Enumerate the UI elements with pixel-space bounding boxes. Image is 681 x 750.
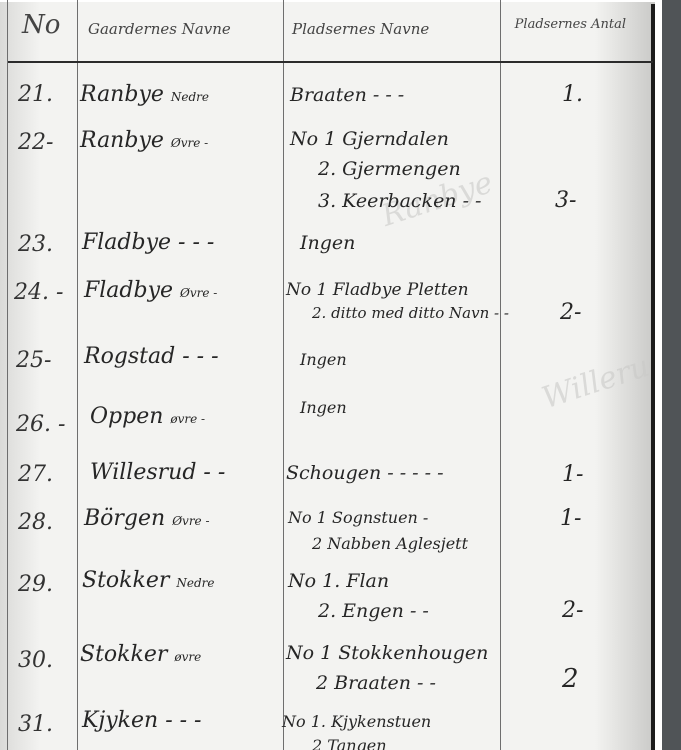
farm-name-text: Ranbye [80, 82, 164, 107]
row-number: 27. [18, 462, 53, 487]
page-edge-shadow [651, 4, 655, 750]
farm-name: Fladbye Øvre - [84, 278, 217, 303]
row-number: 29. [18, 572, 53, 597]
header-rule [8, 61, 653, 63]
row-number: 24. - [14, 280, 63, 305]
column-rule-left [7, 0, 8, 750]
farm-name: Stokker øvre [80, 642, 201, 667]
plads-count: 3- [555, 188, 576, 213]
header-gaard-names: Gaardernes Navne [88, 20, 231, 38]
farm-suffix: Øvre - [180, 286, 217, 300]
plads-name: No 1 Gjerndalen [290, 128, 449, 150]
row-number: 23. [18, 232, 53, 257]
plads-count: 2- [562, 598, 583, 623]
plads-name: Ingen [300, 398, 347, 417]
plads-name: 2. ditto med ditto Navn - - [312, 304, 509, 322]
farm-name: Willesrud - - [90, 460, 225, 485]
plads-name: 2. Engen - - [318, 600, 429, 622]
plads-name: No 1. Kjykenstuen [282, 712, 431, 731]
row-number: 28. [18, 510, 53, 535]
plads-name: No 1 Sognstuen - [288, 508, 428, 527]
bleed-through-text: Willerud [538, 343, 655, 416]
plads-count: 1. [562, 82, 583, 107]
column-rule-plads [500, 0, 501, 750]
plads-name: Schougen - - - - - [286, 462, 444, 484]
farm-name-text: Börgen [84, 506, 165, 531]
row-number: 31. [18, 712, 53, 737]
plads-name: 2 Nabben Aglesjett [312, 534, 468, 553]
plads-name: No 1 Fladbye Pletten [286, 280, 469, 300]
plads-count: 1- [560, 506, 581, 531]
plads-count: 2- [560, 300, 581, 325]
farm-suffix: øvre [174, 650, 201, 664]
column-rule-no [77, 0, 78, 750]
row-number: 26. - [16, 412, 65, 437]
row-number: 25- [16, 348, 51, 373]
farm-suffix: Øvre - [172, 514, 209, 528]
row-number: 22- [18, 130, 53, 155]
farm-suffix: Nedre [176, 576, 214, 590]
farm-name: Kjyken - - - [82, 708, 202, 733]
plads-name: Ingen [300, 232, 355, 254]
row-number: 21. [18, 82, 53, 107]
plads-name: Ingen [300, 350, 347, 369]
farm-name: Stokker Nedre [82, 568, 214, 593]
row-number: 30. [18, 648, 53, 673]
plads-name: No 1. Flan [288, 570, 389, 592]
farm-suffix: Nedre [171, 90, 209, 104]
plads-name: No 1 Stokkenhougen [286, 642, 488, 664]
farm-name-text: Fladbye [84, 278, 173, 303]
farm-name: Fladbye - - - [82, 230, 214, 255]
plads-name: 2 Braaten - - [316, 672, 436, 694]
farm-name: Ranbye Øvre - [80, 128, 208, 153]
plads-count: 2 [562, 664, 579, 694]
plads-name: 3. Keerbacken - - [318, 190, 481, 212]
plads-name: Braaten - - - [290, 84, 404, 106]
header-plads-names: Pladsernes Navne [292, 20, 429, 38]
viewer-scrollbar-gutter[interactable] [662, 0, 681, 750]
farm-name-text: Stokker [82, 568, 169, 593]
plads-count: 1- [562, 462, 583, 487]
farm-name-text: Oppen [90, 404, 163, 429]
farm-suffix: øvre - [170, 412, 205, 426]
farm-name: Rogstad - - - [84, 344, 219, 369]
farm-name-text: Ranbye [80, 128, 164, 153]
column-rule-gaard [283, 0, 284, 750]
farm-name: Ranbye Nedre [80, 82, 209, 107]
header-no: No [22, 10, 60, 40]
farm-name-text: Stokker [80, 642, 167, 667]
header-plads-count: Pladsernes Antal [506, 14, 626, 36]
plads-name: 2. Gjermengen [318, 158, 461, 180]
farm-suffix: Øvre - [171, 136, 208, 150]
ledger-page: Willerud Ranbye [0, 2, 655, 750]
farm-name: Oppen øvre - [90, 404, 205, 429]
plads-name: 2 Tangen [312, 736, 387, 750]
farm-name: Börgen Øvre - [84, 506, 210, 531]
